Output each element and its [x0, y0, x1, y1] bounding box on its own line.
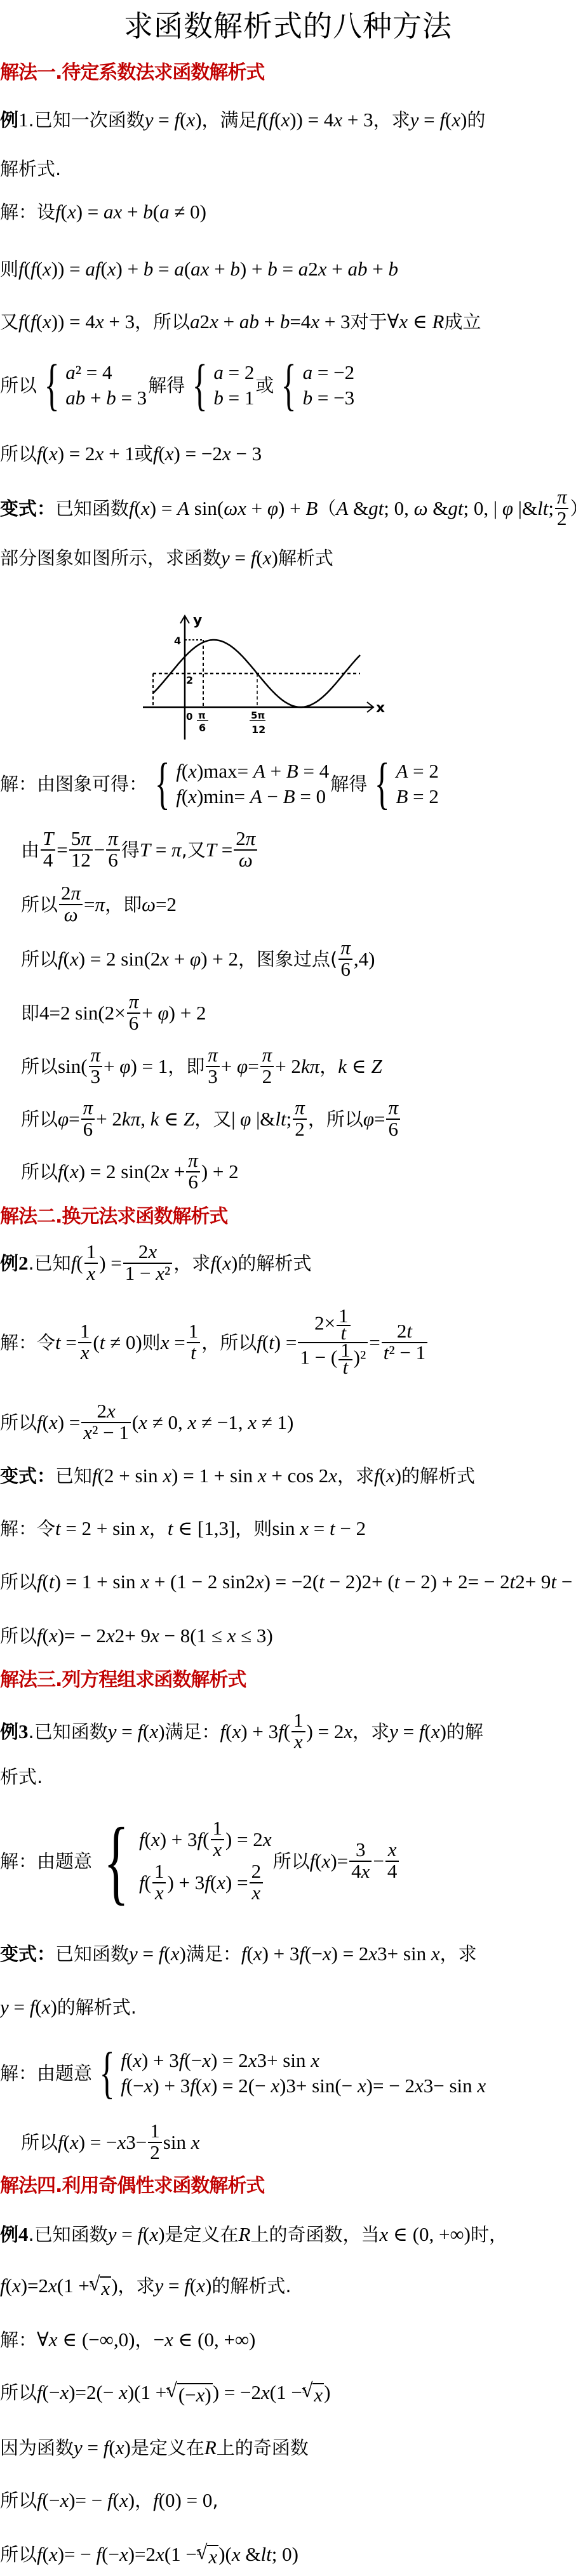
- system-rows: f(x)max = A + B = 4f(x)min = A − B = 0: [176, 759, 329, 810]
- system-rows: f(x) + 3f(−x) = 2x3 + sin xf(−x) + 3f(x)…: [121, 2048, 486, 2099]
- text: ，求: [440, 1943, 477, 1965]
- text: 因为函数: [0, 2437, 74, 2459]
- math-expression: x: [81, 1341, 90, 1364]
- text: ，又: [194, 1108, 231, 1130]
- content-line: 析式.: [0, 1765, 43, 1789]
- math-expression: y = f(x): [129, 1943, 186, 1965]
- math-expression: f(x): [210, 1252, 238, 1274]
- math-expression: x: [314, 2384, 323, 2406]
- fraction-denominator: 6: [186, 1172, 200, 1193]
- math-expression: (t ≠ 0): [93, 1332, 142, 1353]
- fraction-numerator: 1: [211, 1819, 225, 1839]
- text: ,: [212, 2490, 218, 2511]
- text: ，求: [352, 1721, 389, 1743]
- text: 所以: [21, 2132, 58, 2153]
- math-expression: + sin x: [267, 2050, 319, 2071]
- fraction: 1x: [291, 1711, 305, 1753]
- text: 解：令: [0, 1518, 55, 1539]
- text: ，: [135, 2490, 153, 2511]
- math-expression: x + ab + b: [318, 258, 398, 280]
- text: 时，: [471, 2224, 507, 2245]
- fraction-denominator: x: [250, 1883, 262, 1904]
- math-expression: 1: [213, 1817, 223, 1839]
- text: 上的奇函数，当: [250, 2224, 379, 2245]
- math-expression: f(x): [176, 760, 203, 782]
- math-expression: sin x: [163, 2132, 200, 2153]
- math-expression: y = f(x): [108, 2224, 165, 2245]
- superscript: 3: [377, 1943, 387, 1965]
- subscript: min: [203, 786, 234, 807]
- svg-text:4: 4: [174, 635, 181, 647]
- fraction-denominator: x: [292, 1732, 305, 1753]
- math-expression: sin x = t − 2: [272, 1518, 366, 1539]
- fraction-numerator: 1: [78, 1322, 92, 1342]
- math-expression: y = f(x): [145, 109, 202, 131]
- math-expression: f(f(x)) = 4x + 3: [257, 109, 373, 131]
- math-expression: R: [204, 2437, 217, 2459]
- math-expression: 2t: [397, 1320, 412, 1342]
- text: 解得: [148, 375, 185, 396]
- math-expression: 4=2 sin(2×: [39, 1002, 126, 1024]
- math-expression: f(f(x)) = 4x + 3: [18, 311, 135, 333]
- text: ，所以: [201, 1332, 257, 1353]
- fraction-numerator: 3: [354, 1840, 368, 1861]
- math-expression: x: [213, 1838, 222, 1861]
- equation-system: {a = 2b = 1: [186, 357, 254, 414]
- text: 解得: [330, 773, 367, 795]
- fraction: 1t: [337, 1309, 351, 1342]
- fraction: π6: [127, 992, 141, 1034]
- fraction: 34x: [349, 1840, 372, 1882]
- system-row: a² = 4: [65, 362, 147, 383]
- bold-label: 例: [0, 1721, 18, 1743]
- math-expression: f(x)= − f(−x)=2x(1 −: [37, 2544, 197, 2565]
- math-expression: f(x) = 2 sin(2x + φ) + 2: [58, 948, 238, 970]
- math-expression: f(x) + 3f(: [220, 1721, 290, 1743]
- text: 是定义在: [165, 2224, 239, 2245]
- content-line: f(x)=2x(1 + 5√x)，求 y = f(x) 的解析式.: [0, 2273, 291, 2299]
- fraction-denominator: x: [79, 1343, 91, 1364]
- math-expression: 1: [150, 2120, 160, 2142]
- svg-text:x: x: [376, 700, 385, 716]
- text: .已知: [29, 1252, 71, 1274]
- text: 解：由题意: [0, 2062, 92, 2084]
- text: 解：令: [0, 1332, 55, 1353]
- nth-root: 5√x: [90, 2273, 111, 2299]
- superscript: 2: [245, 1571, 255, 1593]
- page-title: 求函数解析式的八种方法: [0, 9, 576, 43]
- fraction-numerator: 2: [250, 1862, 264, 1882]
- math-expression: 1: [154, 1860, 164, 1882]
- text: .已知函数: [29, 2224, 108, 2245]
- fraction: 1x: [78, 1322, 92, 1364]
- math-expression: π: [262, 1044, 272, 1066]
- text: 所以: [0, 2382, 37, 2403]
- text: 所以: [21, 1161, 58, 1183]
- math-expression: + sin(− x)= − 2x: [296, 2075, 424, 2097]
- fraction-denominator: 4x: [349, 1862, 372, 1882]
- math-expression: t: [343, 1356, 349, 1378]
- math-expression: 1: [293, 1709, 304, 1731]
- content-line: 解：令 t = 1x(t ≠ 0)则x = 1t，所以 f(t) = 2×1t1…: [0, 1320, 429, 1365]
- math-expression: x: [101, 2277, 110, 2299]
- math-expression: a = −2: [303, 362, 354, 383]
- bold-label: 变式：: [0, 1465, 55, 1487]
- content-line: 解析式.: [0, 157, 61, 181]
- math-expression: R: [239, 2224, 251, 2245]
- math-expression: π: [208, 1044, 218, 1066]
- fraction-numerator: 1: [187, 1322, 201, 1342]
- math-expression: (x ≠ 0, x ≠ −1, x ≠ 1): [132, 1412, 293, 1433]
- math-expression: 6: [340, 958, 351, 980]
- math-expression: y = f(x): [155, 2275, 212, 2297]
- equation-system: {f(x) + 3f(−x) = 2x3 + sin xf(−x) + 3f(x…: [93, 2045, 486, 2102]
- text: ，: [135, 2329, 153, 2351]
- math-expression: 6: [129, 1012, 139, 1034]
- text: 所以: [21, 948, 58, 970]
- content-line: 变式：已知函数 y = f(x) 满足：f(x) + 3f(−x) = 2x3 …: [0, 1941, 477, 1967]
- math-expression: T = π: [140, 839, 182, 861]
- left-brace-icon: {: [100, 2045, 115, 2102]
- content-line: 解：设 f(x) = ax + b(a ≠ 0): [0, 199, 206, 225]
- math-expression: y = f(x): [221, 547, 278, 569]
- fraction-denominator: 12: [69, 851, 93, 871]
- math-expression: φ=: [58, 1108, 80, 1130]
- text: ，求: [337, 1465, 374, 1487]
- content-line: 例 2.已知 f(1x) = 2x1 − x²，求 f(x) 的解析式: [0, 1241, 311, 1285]
- math-expression: f(2 + sin x) = 1 + sin x + cos 2x: [92, 1465, 337, 1487]
- fraction-denominator: 6: [81, 1120, 95, 1140]
- math-expression: 6: [108, 849, 118, 871]
- fraction: π6: [81, 1098, 95, 1140]
- text: 由: [21, 839, 39, 861]
- fraction-numerator: 1: [291, 1711, 305, 1731]
- superscript: 3: [424, 2075, 434, 2097]
- fraction: π6: [386, 1098, 400, 1140]
- text: 解析式.: [0, 158, 61, 180]
- left-brace-icon: {: [44, 357, 60, 414]
- superscript: 2: [200, 311, 210, 333]
- math-expression: k ∈ Z: [338, 1056, 382, 1077]
- text: 对于: [351, 311, 387, 333]
- math-expression: ) + 3f(x) =: [167, 1872, 248, 1894]
- fraction-numerator: 1: [148, 2121, 162, 2142]
- fraction: x4: [385, 1840, 399, 1882]
- math-expression: f(x) + 3f(: [139, 1829, 209, 1850]
- math-expression: 2: [557, 507, 567, 529]
- content-line: 所以 f(−x)= − f(x)，f(0) = 0 ,: [0, 2488, 218, 2513]
- math-expression: T =: [206, 839, 232, 861]
- math-expression: )²: [354, 1346, 366, 1368]
- math-expression: = A − B = 0: [234, 786, 326, 807]
- math-expression: a² = 4: [65, 362, 112, 383]
- math-expression: 4x: [351, 1860, 370, 1882]
- left-brace-icon: {: [281, 357, 297, 414]
- text: 所以: [0, 1625, 37, 1647]
- text: 则: [142, 1332, 161, 1353]
- text: 所以: [0, 1412, 37, 1433]
- math-expression: f(−x) + 3f(x) = 2(− x): [121, 2075, 286, 2097]
- math-expression: f(0) = 0: [153, 2490, 212, 2511]
- content-line: 部分图象如图所示，求函数 y = f(x) 解析式: [0, 546, 333, 570]
- math-expression: f(x) = −x: [58, 2132, 126, 2153]
- math-expression: x: [251, 1882, 260, 1904]
- system-rows: A = 2B = 2: [396, 759, 438, 810]
- content-line: 所以 f(x) = 2 sin(2x + π6) + 2: [21, 1151, 239, 1193]
- text: 部分图象如图所示，求函数: [0, 547, 221, 569]
- math-expression: π: [91, 1044, 101, 1066]
- math-expression: ): [111, 2275, 117, 2297]
- equation-system: {a = −2b = −3: [275, 357, 354, 414]
- math-expression: 2×: [314, 1311, 335, 1334]
- fraction-numerator: π: [106, 829, 120, 849]
- math-expression: f(x) = −2x − 3: [153, 443, 262, 465]
- math-expression: x =: [161, 1332, 185, 1353]
- math-expression: f(−x)= − f(x): [37, 2490, 135, 2511]
- math-expression: 2x: [97, 1400, 115, 1422]
- math-expression: y = f(x): [410, 109, 467, 131]
- text: 或: [135, 443, 153, 465]
- superscript: 2: [515, 1571, 525, 1593]
- math-expression: π: [388, 1096, 398, 1119]
- fraction: T4: [41, 829, 55, 871]
- math-expression: =: [57, 839, 67, 861]
- math-expression: x: [155, 1882, 164, 1904]
- fraction-numerator: 1: [84, 1242, 98, 1263]
- math-expression: a = 2: [213, 362, 254, 383]
- math-expression: t² − 1: [384, 1341, 425, 1364]
- math-expression: f(t) =: [257, 1332, 297, 1353]
- math-expression: 3: [208, 1065, 218, 1087]
- math-expression: x) = −2(t − 2): [255, 1571, 362, 1593]
- content-line: 因为函数 y = f(x) 是定义在 R 上的奇函数: [0, 2435, 309, 2460]
- math-expression: + 9x − 8(1 ≤ x ≤ 3): [124, 1625, 272, 1647]
- text: 的解析式: [401, 1465, 475, 1487]
- text: 成立: [444, 311, 481, 333]
- fraction-numerator: π: [555, 488, 569, 508]
- content-line: y = f(x) 的解析式.: [0, 1995, 137, 2020]
- system-row: ab + b = 3: [65, 387, 147, 409]
- fraction-denominator: 4: [41, 851, 55, 871]
- radicand: x: [100, 2276, 111, 2299]
- fraction-denominator: 2: [293, 1120, 307, 1140]
- fraction-denominator: t: [189, 1343, 198, 1364]
- math-expression: + φ=: [221, 1056, 259, 1077]
- text: 的解析式: [238, 1252, 311, 1274]
- math-expression: ,4): [354, 948, 375, 970]
- bold-label: 例: [0, 2224, 18, 2245]
- left-brace-icon: {: [104, 1814, 129, 1909]
- content-line: 变式：已知函数 f(x) = A sin(ωx + φ) + B（A &gt; …: [0, 488, 576, 529]
- text: 所以: [21, 1056, 58, 1077]
- system-row: f(x) + 3f(1x) = 2x: [139, 1819, 272, 1861]
- fraction-numerator: 1: [152, 1862, 166, 1882]
- math-expression: π: [83, 1096, 93, 1119]
- system-row: B = 2: [396, 786, 438, 807]
- text: 或: [255, 375, 274, 396]
- text: ，求: [173, 1252, 210, 1274]
- text: ，: [319, 1056, 338, 1077]
- math-expression: 1 − (: [300, 1346, 337, 1368]
- math-expression: b = −3: [303, 387, 354, 409]
- fraction-denominator: 2: [260, 1067, 274, 1087]
- math-expression: T: [43, 827, 53, 849]
- math-expression: + 2kπ, k ∈ Z: [96, 1108, 194, 1130]
- math-expression: f(: [71, 1252, 83, 1274]
- section-heading: 解法四.利用奇偶性求函数解析式: [0, 2175, 264, 2197]
- math-expression: f(−x)=2(− x)(1 +: [37, 2382, 166, 2403]
- left-brace-icon: {: [192, 357, 208, 414]
- math-expression: f(f(x)) = af(x) + b = a(ax + b) + b = a: [18, 258, 308, 280]
- fraction-numerator: π: [338, 938, 352, 959]
- math-expression: t ∈ [1,3]: [168, 1518, 235, 1539]
- bold-label: 例: [0, 109, 18, 131]
- fraction: 2x: [250, 1862, 264, 1904]
- fraction: 2πω: [234, 829, 257, 871]
- math-expression: ω: [64, 903, 78, 926]
- fraction-numerator: x: [386, 1840, 399, 1861]
- math-expression: f(x) = ax + b(a ≠ 0): [55, 201, 206, 223]
- fraction: π6: [186, 1151, 200, 1193]
- svg-text:0: 0: [186, 711, 192, 722]
- text: 得: [121, 839, 140, 861]
- math-expression: ) =: [99, 1252, 122, 1274]
- math-expression: y = f(x): [108, 1721, 165, 1743]
- superscript: 3: [126, 2132, 136, 2153]
- math-expression: f(: [139, 1872, 151, 1894]
- math-expression: 2x: [138, 1240, 157, 1263]
- equation-system: {a² = 4ab + b = 3: [38, 357, 147, 414]
- content-line: 例 1.已知一次函数 y = f(x)，满足 f(f(x)) = 4x + 3，…: [0, 108, 485, 132]
- math-expression: 12: [71, 849, 91, 871]
- text: 所以: [273, 1850, 310, 1872]
- content-line: 又 f(f(x)) = 4x + 3，所以 a2x + ab + b=4x + …: [0, 309, 481, 335]
- fraction: 2πω: [59, 884, 83, 926]
- fraction: 1x: [84, 1242, 98, 1284]
- text: 解：由题意: [0, 1850, 92, 1872]
- content-line: 解：由图象可得：{f(x)max = A + B = 4f(x)min = A …: [0, 755, 440, 813]
- system-rows: a = −2b = −3: [303, 360, 354, 411]
- sine-curve-plot: y x 4 2 0 π 6 5π 12: [133, 609, 387, 743]
- bold-label: 变式：: [0, 498, 55, 519]
- fraction-numerator: 2π: [59, 884, 83, 904]
- math-expression: f(x)=2x(1 +: [0, 2275, 90, 2297]
- math-expression: −: [373, 1850, 384, 1872]
- math-expression: a: [190, 311, 200, 333]
- math-expression: | φ |&lt;: [231, 1108, 291, 1130]
- radical-sign: √: [302, 2379, 313, 2401]
- math-expression: 5π: [71, 827, 91, 849]
- text: ，则: [235, 1518, 272, 1539]
- math-expression: 2: [295, 1118, 305, 1140]
- math-expression: x² − 1: [83, 1421, 129, 1444]
- math-expression: f(x): [374, 1465, 401, 1487]
- text: 又: [0, 311, 18, 333]
- math-expression: 6: [83, 1118, 93, 1140]
- math-expression: 1 − x²: [125, 1262, 171, 1284]
- fraction-numerator: 2x: [95, 1402, 117, 1422]
- math-expression: + sin x: [387, 1943, 440, 1965]
- text: ，图象过点(: [238, 948, 337, 970]
- content-line: 例 3.已知函数 y = f(x) 满足：f(x) + 3f(1x) = 2x，…: [0, 1711, 483, 1753]
- fraction-denominator: 1 − (1t)²: [298, 1343, 368, 1376]
- content-line: 则 f(f(x)) = af(x) + b = a(ax + b) + b = …: [0, 256, 398, 282]
- system-row: f(1x) + 3f(x) = 2x: [139, 1862, 272, 1904]
- text: 的解析式.: [211, 2275, 291, 2297]
- text: 的解析式.: [57, 1996, 137, 2018]
- text: 解析式: [278, 547, 333, 569]
- math-expression: 3: [91, 1065, 101, 1087]
- math-expression: 3: [18, 1721, 29, 1743]
- svg-text:5π: 5π: [251, 710, 265, 721]
- math-expression: A &gt; 0, ω &gt; 0, | φ |&lt;: [336, 498, 554, 519]
- text: 析式.: [0, 1766, 43, 1788]
- fraction-numerator: π: [293, 1098, 307, 1119]
- content-line: 所以 f(x)= − f(−x)=2x(1 − 5√x)(x &lt; 0): [0, 2541, 298, 2568]
- math-expression: 6: [388, 1118, 398, 1140]
- content-line: 所以{a² = 4ab + b = 3解得{a = 2b = 1或{a = −2…: [0, 355, 356, 415]
- math-expression: =π: [84, 894, 105, 915]
- math-expression: x + ab + b=4x + 3: [210, 311, 350, 333]
- math-expression: (−x): [178, 2384, 211, 2406]
- fraction-denominator: 6: [386, 1120, 400, 1140]
- superscript: 2: [362, 1571, 372, 1593]
- math-expression: ): [324, 2382, 330, 2403]
- text: ，即: [168, 1056, 204, 1077]
- fraction-denominator: 3: [206, 1067, 220, 1087]
- math-expression: 2π: [236, 827, 255, 849]
- math-expression: ω=2: [142, 894, 177, 915]
- math-expression: ∀x ∈ R: [387, 311, 445, 333]
- fraction-numerator: 2π: [234, 829, 257, 849]
- text: 的解: [446, 1721, 483, 1743]
- math-expression: f(x): [176, 786, 203, 807]
- fraction: 2x1 − x²: [123, 1242, 173, 1284]
- fraction-denominator: t: [341, 1360, 351, 1376]
- content-line: 所以 f(x) = 2x + 1或f(x) = −2x − 3: [0, 442, 262, 466]
- text: 已知函数: [55, 1943, 129, 1965]
- math-expression: x: [208, 2546, 217, 2568]
- math-expression: t: [191, 1341, 196, 1364]
- text: 解：设: [0, 201, 55, 223]
- text: 所以: [0, 2490, 37, 2511]
- math-expression: y = f(x): [389, 1721, 446, 1743]
- fraction-denominator: ω: [237, 851, 255, 871]
- content-line: 所以 f(x) = −x3 −12sin x: [21, 2120, 199, 2165]
- nth-root: 5√x: [197, 2541, 218, 2568]
- fraction-numerator: π: [127, 992, 141, 1012]
- math-expression: π: [340, 936, 351, 959]
- fraction-denominator: 3: [89, 1067, 103, 1087]
- math-expression: f(x) + 3f(−x) = 2x: [241, 1943, 377, 1965]
- text: ，所以: [135, 311, 190, 333]
- content-line: 即 4=2 sin(2×π6+ φ) + 2: [21, 992, 206, 1034]
- fraction-numerator: 2×1t: [312, 1309, 353, 1342]
- math-expression: + (t − 2) + 2= − 2t: [372, 1571, 515, 1593]
- system-row: b = 1: [213, 387, 254, 409]
- fraction: 2×1t1 − (1t)²: [298, 1309, 368, 1376]
- text: ，: [149, 1518, 168, 1539]
- fraction: 12: [148, 2121, 162, 2163]
- text: ，所以: [308, 1108, 363, 1130]
- text: ，求: [373, 109, 410, 131]
- content-line: 解：由题意{f(x) + 3f(−x) = 2x3 + sin xf(−x) +…: [0, 2043, 487, 2104]
- content-line: 所以2πω=π，即 ω=2: [21, 882, 177, 927]
- math-expression: 2: [251, 1860, 262, 1882]
- math-expression: f(x)=: [310, 1850, 349, 1872]
- text: 已知函数: [55, 498, 129, 519]
- fraction-denominator: x: [211, 1840, 224, 1861]
